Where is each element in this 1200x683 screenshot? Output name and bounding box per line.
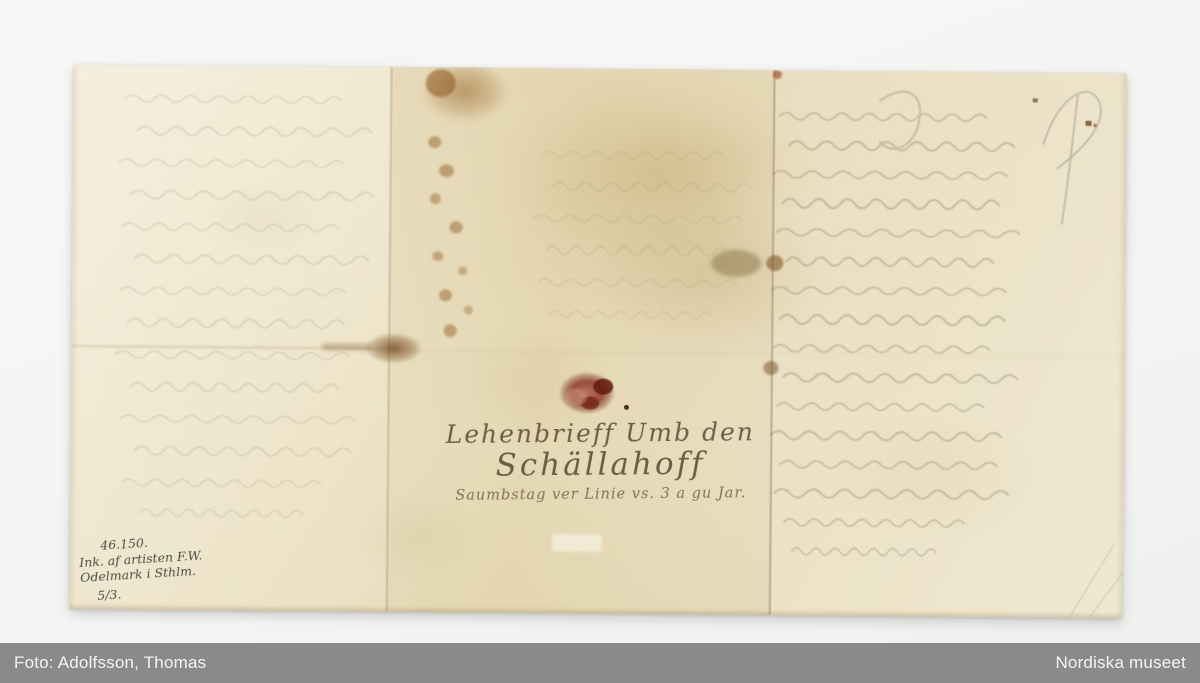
photo-credit-text: Foto: Adolfsson, Thomas [14,653,206,673]
corner-crease-lines [1069,543,1123,618]
address-line-3: Saumbstag ver Linie vs. 3 a gu Jar. [371,482,831,508]
address-line-2: Schällahoff [370,444,830,487]
museum-name-text: Nordiska museet [1055,653,1186,673]
handwritten-address: Lehenbrieff Umb den Schällahoff Saumbsta… [370,419,831,509]
photo-background: Lehenbrieff Umb den Schällahoff Saumbsta… [0,0,1200,683]
caption-bar: Foto: Adolfsson, Thomas Nordiska museet [0,643,1200,683]
pencil-loop-top-right [1043,91,1101,224]
inventory-annotation: 46.150. Ink. af artisten F.W. Odelmark i… [78,527,282,605]
letter-photo: Lehenbrieff Umb den Schällahoff Saumbsta… [69,64,1127,618]
